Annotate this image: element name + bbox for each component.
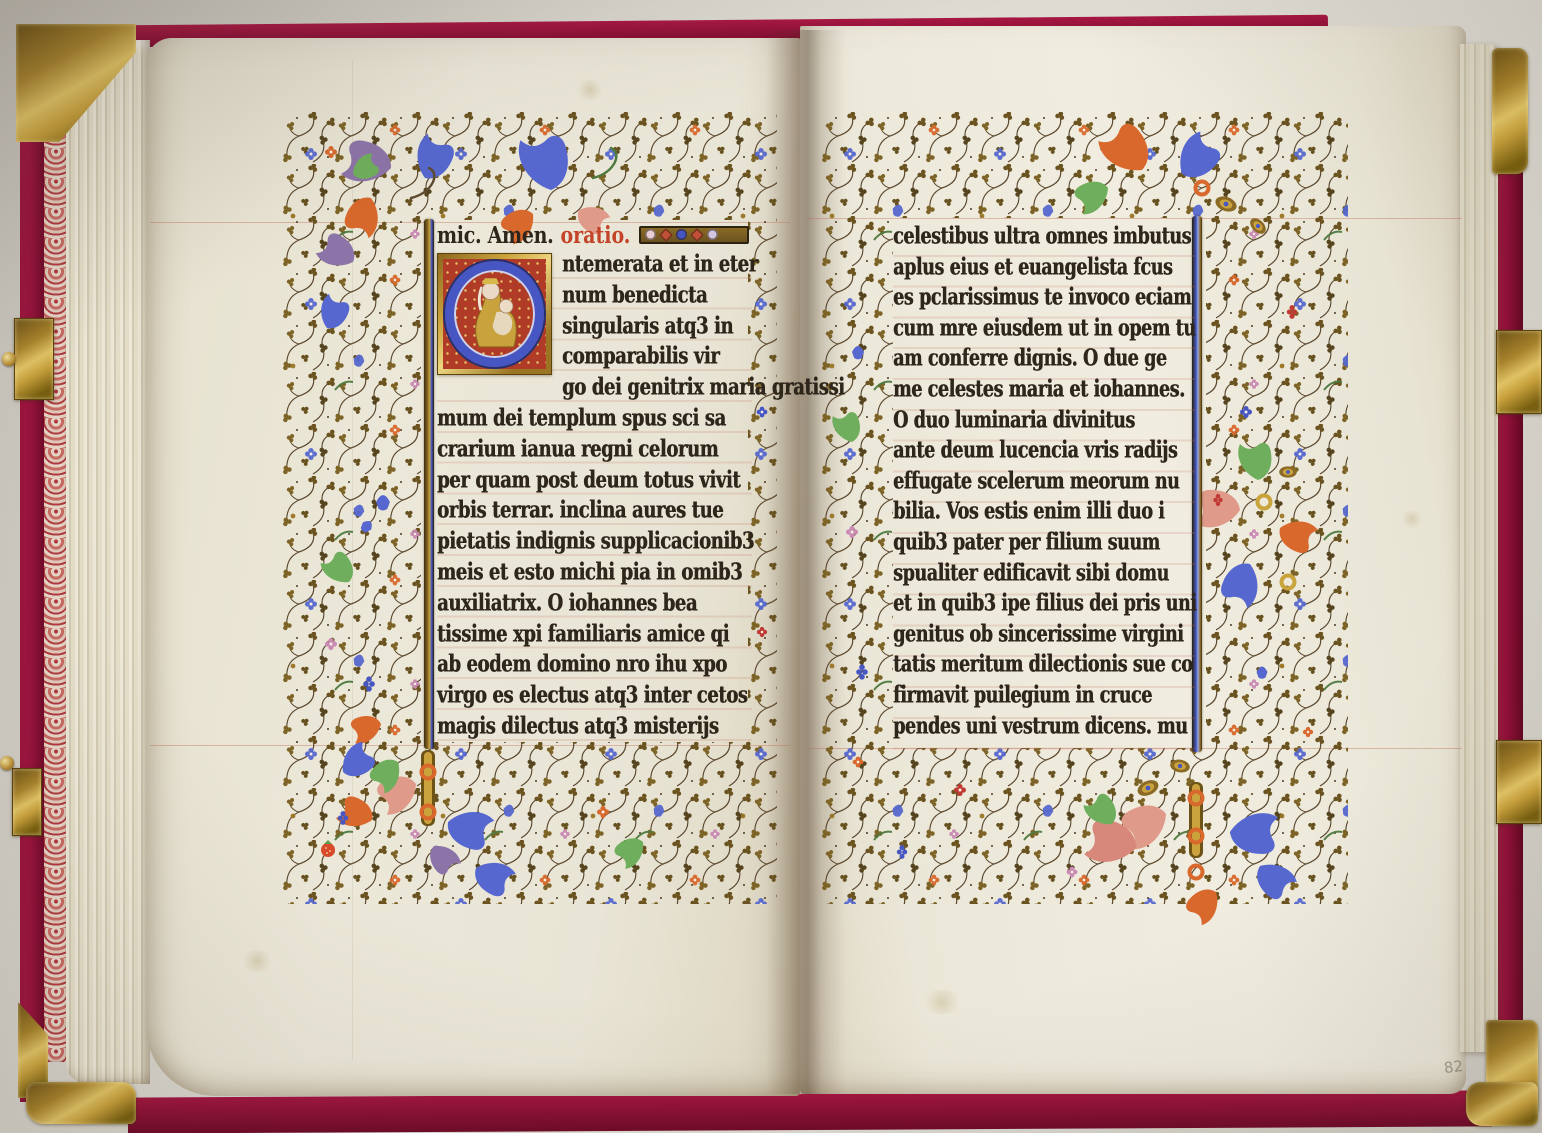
vellum-stain	[575, 80, 605, 100]
filler-medallion	[676, 229, 687, 240]
filler-medallion	[707, 229, 718, 240]
left-page-lines: ntemerata et in eternum benedictasingula…	[437, 250, 752, 743]
clasp-catch-lower-left	[12, 768, 42, 836]
left-border-bar	[424, 219, 434, 749]
right-page-lines: celestibus ultra omnes imbutusaplus eius…	[893, 222, 1195, 742]
velvet-binding-bottom-edge	[128, 1090, 1492, 1133]
decorated-line-filler-icon	[639, 226, 749, 244]
clasp-catch-upper-left	[14, 318, 54, 400]
filler-medallion	[645, 229, 656, 240]
vellum-stain	[240, 950, 274, 972]
clasp-hinge-lower-right	[1496, 740, 1542, 824]
clasp-knob-upper-left	[2, 352, 16, 366]
vellum-stain	[920, 990, 964, 1014]
folio-number: 82	[1443, 1057, 1464, 1077]
page-edges-stack	[66, 40, 150, 1084]
velvet-binding-right-edge	[1494, 150, 1523, 1050]
clasp-hinge-upper-right	[1496, 330, 1542, 414]
clasp-knob-lower-left	[0, 756, 14, 770]
manuscript-text-line: magis dilectus atq3 misterijs	[437, 707, 752, 748]
filler-medallion	[659, 227, 673, 241]
photo-of-open-illuminated-manuscript: mic. Amen.oratio. ntemerata et in eternu…	[0, 0, 1542, 1133]
gold-corner-bumper-bottom-left	[26, 1082, 136, 1124]
gold-corner-bumper-bottom-right	[1466, 1082, 1538, 1126]
manuscript-text-line: pendes uni vestrum dicens. mu	[893, 707, 1195, 747]
underlying-page-edges-right	[1460, 44, 1498, 1052]
right-text-block: celestibus ultra omnes imbutusaplus eius…	[893, 222, 1195, 752]
vellum-stain	[1400, 510, 1424, 528]
gold-corner-fitting-top-right	[1492, 48, 1528, 174]
left-text-block: mic. Amen.oratio. ntemerata et in eternu…	[437, 224, 752, 746]
filler-medallion	[690, 227, 704, 241]
